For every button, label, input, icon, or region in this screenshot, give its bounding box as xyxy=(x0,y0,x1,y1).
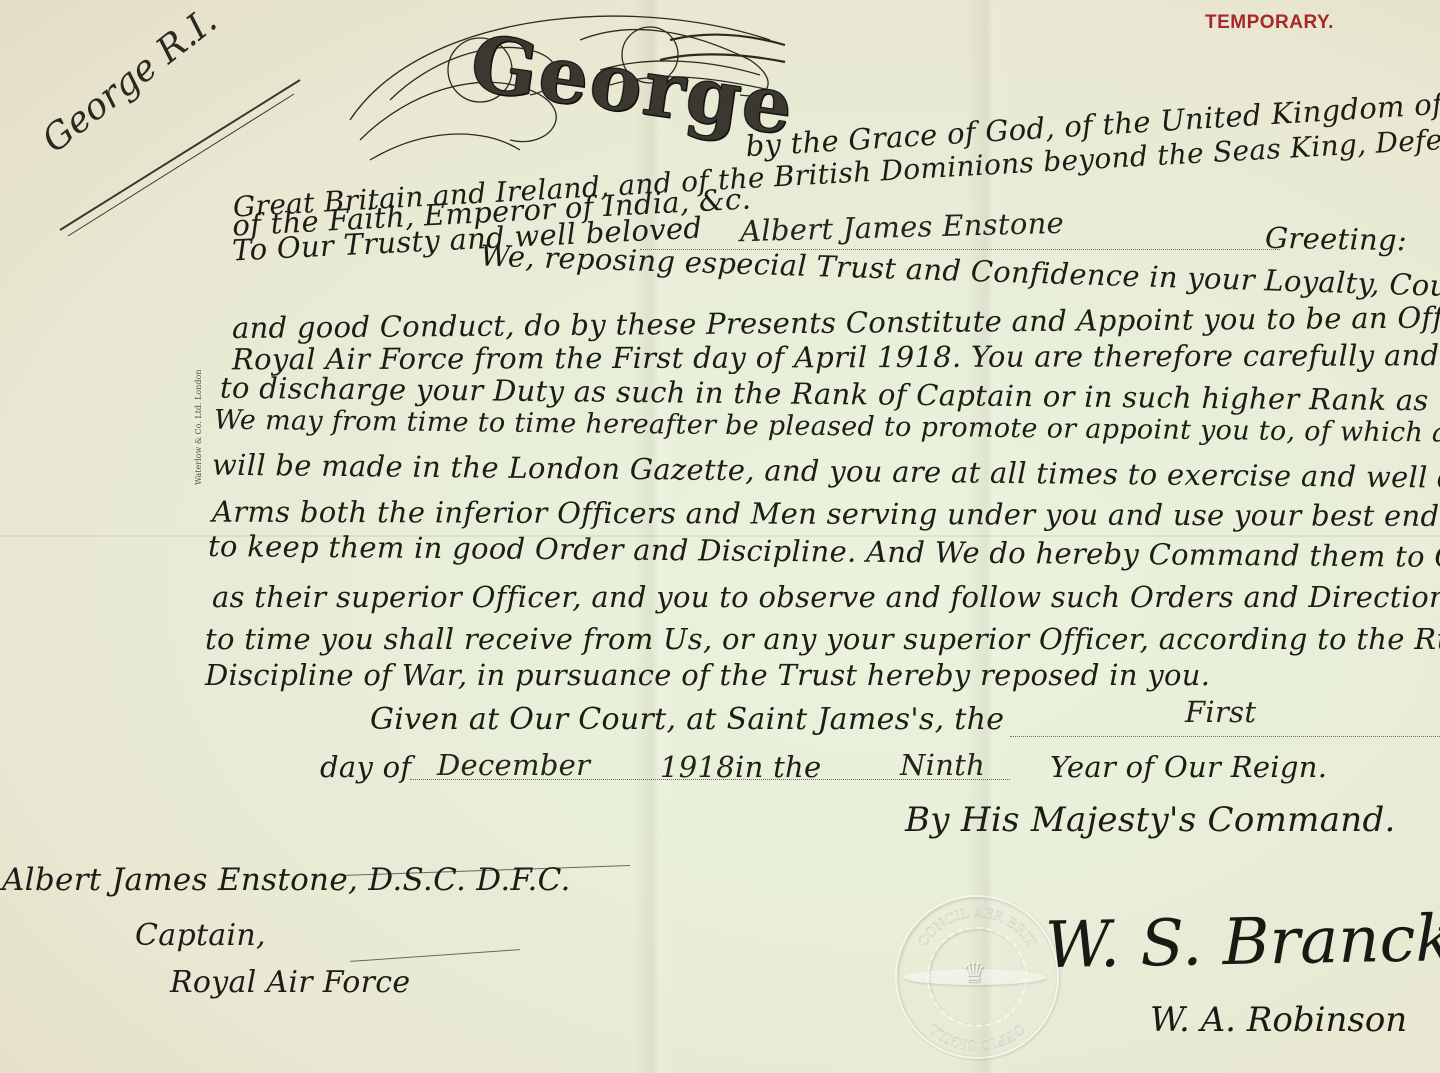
body-line: will be made in the London Gazette, and … xyxy=(212,448,1440,497)
given-day: First xyxy=(1185,695,1256,729)
by-command-text: By His Majesty's Command. xyxy=(905,800,1396,840)
given-at-text: Given at Our Court, at Saint James's, th… xyxy=(370,702,1004,737)
day-dotted-line xyxy=(1010,735,1440,737)
addressee-name: Albert James Enstone, D.S.C. D.F.C. xyxy=(2,862,571,898)
addressee-rank: Captain, xyxy=(135,918,266,953)
commission-document: TEMPORARY. George R.I. George by the Gra… xyxy=(0,0,1440,1073)
reign-year: Ninth xyxy=(900,748,985,782)
address-rule xyxy=(350,949,520,962)
crown-icon: ♛ xyxy=(961,959,986,987)
temporary-stamp: TEMPORARY. xyxy=(1205,12,1334,34)
signature-brancker: W. S. Brancker xyxy=(1044,901,1440,983)
embossed-seal: CONCIL AER BRIT OFFIC SIGILL ♛ xyxy=(895,895,1059,1059)
addressee-service: Royal Air Force xyxy=(170,965,410,1000)
day-of-text: day of xyxy=(320,750,411,784)
body-line: Royal Air Force from the First day of Ap… xyxy=(232,338,1440,377)
year-of-reign-text: Year of Our Reign. xyxy=(1050,750,1327,784)
in-the-text: in the xyxy=(735,750,821,784)
signature-robinson: W. A. Robinson xyxy=(1150,1000,1407,1040)
given-month: December xyxy=(437,748,590,782)
body-line: to time you shall receive from Us, or an… xyxy=(205,622,1440,656)
body-line: Arms both the inferior Officers and Men … xyxy=(212,495,1440,534)
given-year: 1918 xyxy=(660,750,735,784)
body-line: as their superior Officer, and you to ob… xyxy=(212,580,1440,614)
body-line: Discipline of War, in pursuance of the T… xyxy=(205,658,1210,692)
printer-mark: Waterlow & Co. Ltd. London xyxy=(194,370,203,486)
recipient-name: Albert James Enstone xyxy=(740,206,1065,248)
salutation-suffix: Greeting: xyxy=(1265,221,1408,257)
